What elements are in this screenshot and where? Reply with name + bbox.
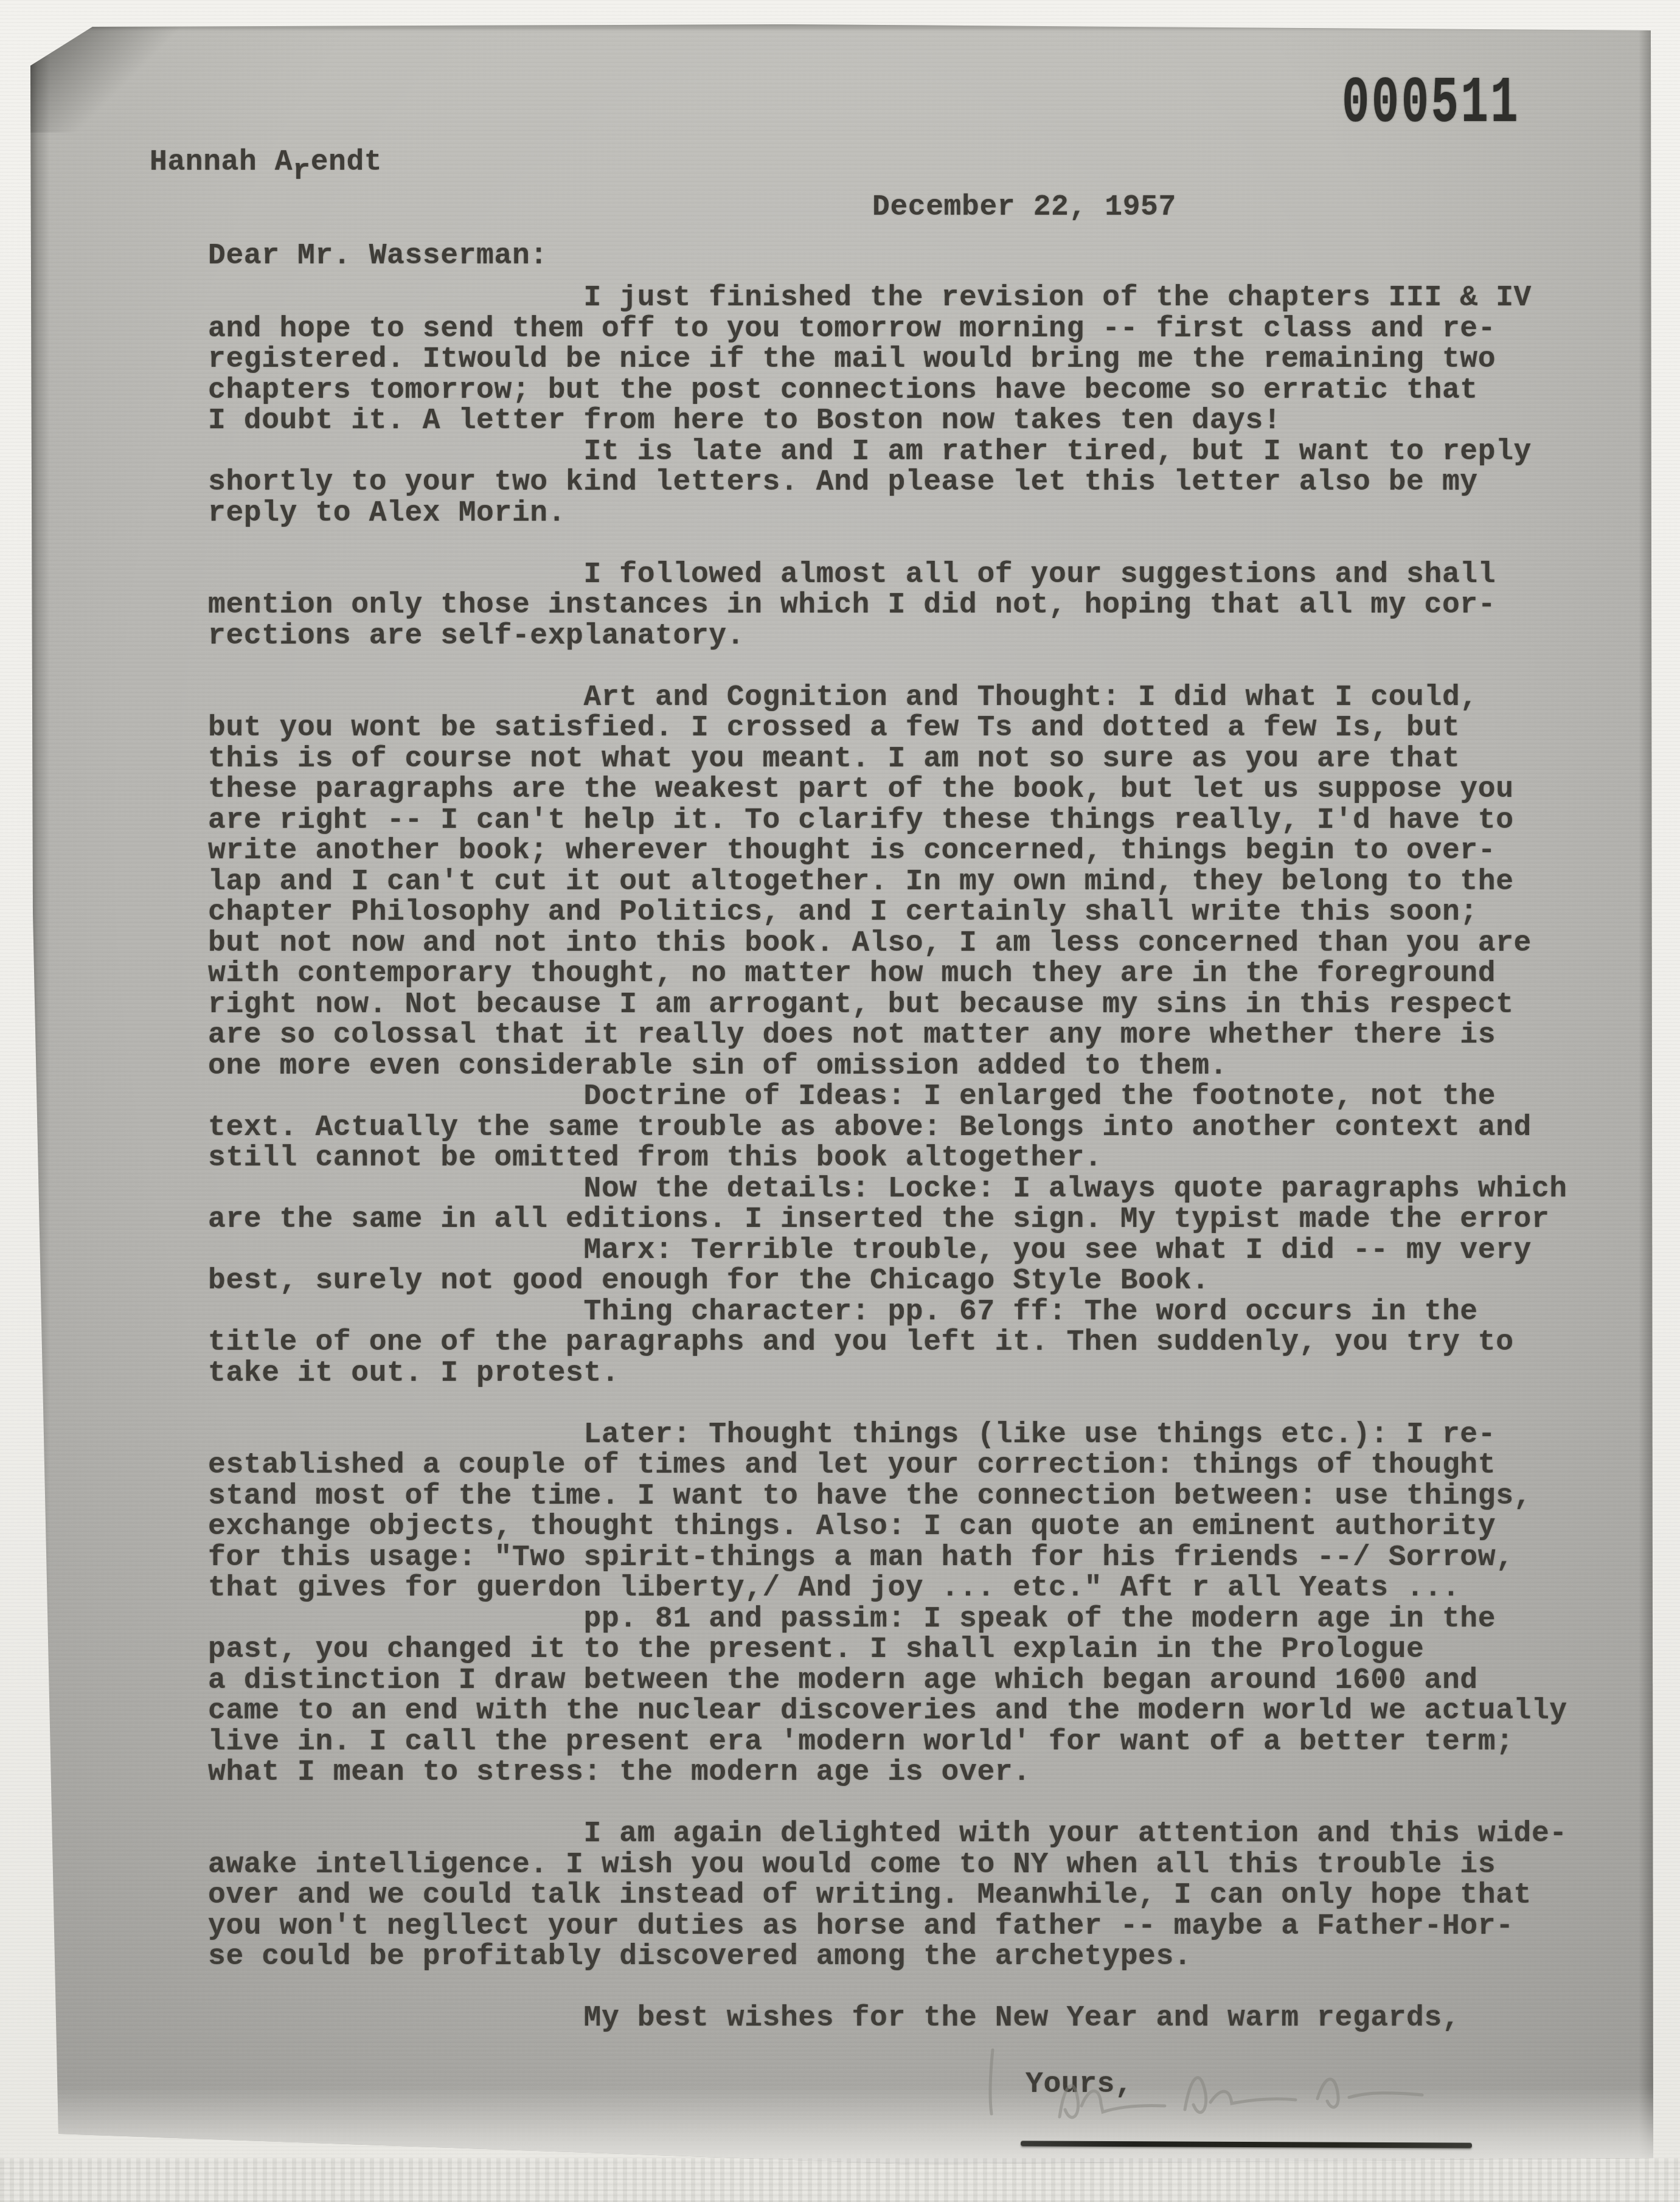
typed-line: these paragraphs are the weakest part of… — [208, 774, 1567, 805]
scan-artifact-noise — [0, 2158, 1680, 2202]
typed-line: I followed almost all of your suggestion… — [208, 560, 1567, 591]
typed-line: stand most of the time. I want to have t… — [208, 1481, 1567, 1512]
typed-line: chapters tomorrow; but the post connecti… — [208, 375, 1567, 406]
typed-line: I just finished the revision of the chap… — [208, 283, 1567, 314]
typed-line: mention only those instances in which I … — [208, 590, 1567, 621]
typed-line: came to an end with the nuclear discover… — [208, 1696, 1567, 1727]
salutation: Dear Mr. Wasserman: — [208, 240, 548, 273]
typed-line: text. Actually the same trouble as above… — [208, 1113, 1567, 1144]
typed-line: for this usage: "Two spirit-things a man… — [208, 1543, 1567, 1574]
page-number-stamp: 000511 — [1342, 67, 1520, 141]
typed-line: Marx: Terrible trouble, you see what I d… — [208, 1235, 1567, 1266]
sender-name: Hannah Arendt — [150, 146, 382, 179]
paper-torn-corner-shadow — [23, 17, 181, 133]
typed-line: I am again delighted with your attention… — [208, 1819, 1567, 1850]
typed-line: registered. Itwould be nice if the mail … — [208, 344, 1567, 375]
typed-line: write another book; wherever thought is … — [208, 836, 1567, 867]
typed-line: what I mean to stress: the modern age is… — [208, 1757, 1567, 1788]
typed-line: are the same in all editions. I inserted… — [208, 1204, 1567, 1235]
typed-line: right now. Not because I am arrogant, bu… — [208, 990, 1567, 1021]
typed-line: se could be profitably discovered among … — [208, 1942, 1567, 1973]
typed-line: Later: Thought things (like use things e… — [208, 1420, 1567, 1451]
typed-line: title of one of the paragraphs and you l… — [208, 1327, 1567, 1358]
typed-line: pp. 81 and passim: I speak of the modern… — [208, 1604, 1567, 1635]
typed-line: that gives for guerdon liberty,/ And joy… — [208, 1573, 1567, 1604]
paper-edge-shadow-top — [85, 24, 1648, 32]
typed-line: My best wishes for the New Year and warm… — [208, 2003, 1567, 2034]
typed-line — [208, 1788, 1567, 1819]
typed-line: exchange objects, thought things. Also: … — [208, 1512, 1567, 1543]
typed-line: this is of course not what you meant. I … — [208, 744, 1567, 775]
typed-line: shortly to your two kind letters. And pl… — [208, 467, 1567, 498]
typed-line: Now the details: Locke: I always quote p… — [208, 1174, 1567, 1205]
typed-line: reply to Alex Morin. — [208, 498, 1567, 529]
typed-line: but you wont be satisfied. I crossed a f… — [208, 713, 1567, 744]
letter-date: December 22, 1957 — [872, 191, 1176, 224]
typed-line: chapter Philosophy and Politics, and I c… — [208, 897, 1567, 928]
typed-line: Art and Cognition and Thought: I did wha… — [208, 682, 1567, 714]
typed-line: over and we could talk instead of writin… — [208, 1880, 1567, 1911]
sender-dropped-letter: r — [293, 155, 310, 188]
handwritten-signature — [955, 2032, 1466, 2153]
typed-line: It is late and I am rather tired, but I … — [208, 437, 1567, 468]
typed-line: one more even considerable sin of omissi… — [208, 1051, 1567, 1082]
typed-line: are so colossal that it really does not … — [208, 1020, 1567, 1051]
typed-line: past, you changed it to the present. I s… — [208, 1634, 1567, 1665]
typed-line: but not now and not into this book. Also… — [208, 928, 1567, 959]
typed-line — [208, 651, 1567, 682]
typed-line: you won't negllect your duties as horse … — [208, 1911, 1567, 1942]
sender-name-part: Hannah A — [150, 146, 293, 179]
sender-name-part: endt — [311, 146, 383, 179]
typed-line — [208, 1389, 1567, 1420]
typed-line: Doctrine of Ideas: I enlarged the footno… — [208, 1082, 1567, 1113]
paper-edge-shadow-right — [1639, 30, 1653, 2159]
letter-body: I just finished the revision of the chap… — [208, 283, 1567, 2034]
typed-line: I doubt it. A letter from here to Boston… — [208, 406, 1567, 437]
typed-line: take it out. I protest. — [208, 1358, 1567, 1389]
typed-line: and hope to send them off to you tomorro… — [208, 314, 1567, 345]
typed-line: still cannot be omitted from this book a… — [208, 1143, 1567, 1174]
typed-line: awake intelligence. I wish you would com… — [208, 1850, 1567, 1881]
typed-line: Thing character: pp. 67 ff: The word occ… — [208, 1297, 1567, 1328]
typed-line: live in. I call the present era 'modern … — [208, 1727, 1567, 1758]
typed-line: a distinction I draw between the modern … — [208, 1665, 1567, 1697]
typed-line: rections are self-explanatory. — [208, 621, 1567, 652]
typed-line: best, surely not good enough for the Chi… — [208, 1266, 1567, 1297]
typed-line — [208, 529, 1567, 560]
typed-line — [208, 1973, 1567, 2004]
paper-edge-shadow-left — [28, 24, 50, 2138]
typed-line: with contemporary thought, no matter how… — [208, 959, 1567, 990]
typed-line: are right -- I can't help it. To clarify… — [208, 805, 1567, 836]
typed-line: lap and I can't cut it out altogether. I… — [208, 867, 1567, 898]
typed-line: established a couple of times and let yo… — [208, 1450, 1567, 1481]
